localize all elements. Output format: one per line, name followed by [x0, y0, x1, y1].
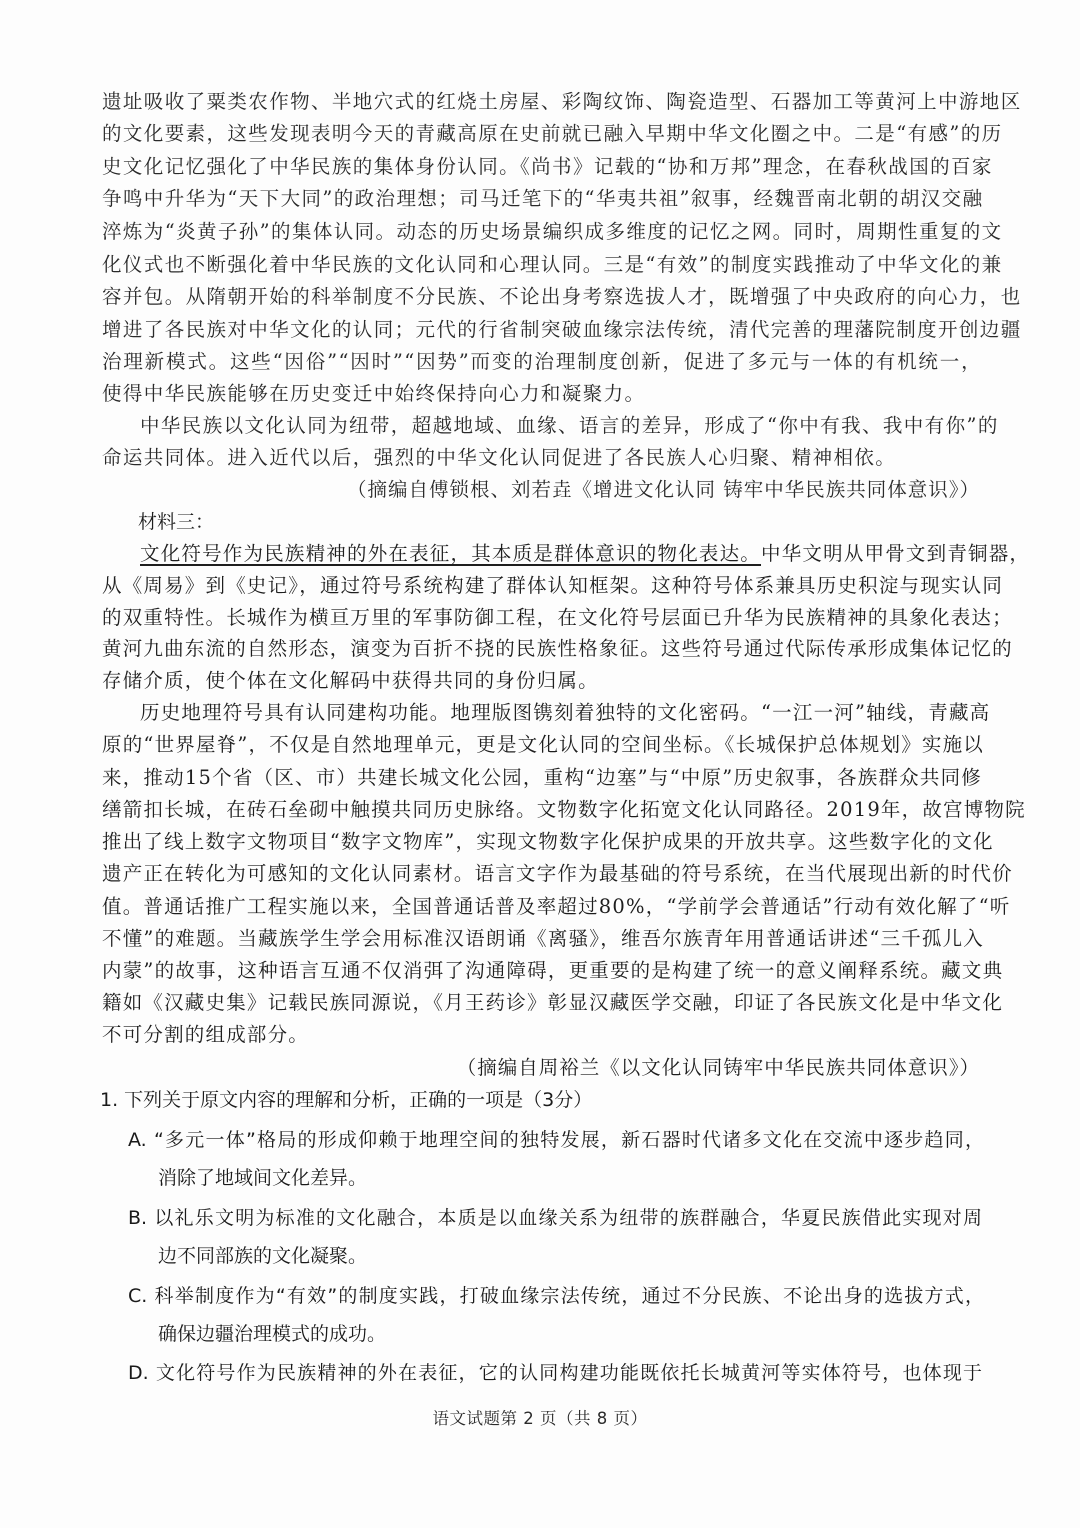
- text-span: 中华文明从甲骨文到青铜器，: [761, 542, 1030, 565]
- question-stem: 1. 下列关于原文内容的理解和分析，正确的一项是（3分）: [100, 1087, 592, 1113]
- text-line: 黄河九曲东流的自然形态，演变为百折不挠的民族性格象征。这些符号通过代际传承形成集…: [102, 636, 982, 662]
- text-line: 遗址吸收了粟类农作物、半地穴式的红烧土房屋、彩陶纹饰、陶瓷造型、石器加工等黄河上…: [102, 89, 982, 115]
- option-text: 边不同部族的文化凝聚。: [158, 1243, 367, 1269]
- text-line: 历史地理符号具有认同建构功能。地理版图镌刻着独特的文化密码。“一江一河”轴线，青…: [140, 700, 982, 726]
- text-line: 淬炼为“炎黄子孙”的集体认同。动态的历史场景编织成多维度的记忆之网。同时，周期性…: [102, 219, 982, 245]
- text-line: 原的“世界屋脊”，不仅是自然地理单元，更是文化认同的空间坐标。《长城保护总体规划…: [102, 732, 982, 758]
- text-line: 文化符号作为民族精神的外在表征，其本质是群体意识的物化表达。中华文明从甲骨文到青…: [140, 541, 982, 567]
- material3-heading: 材料三：: [138, 509, 214, 535]
- text-line: 籍如《汉藏史集》记载民族同源说，《月王药诊》彰显汉藏医学交融，印证了各民族文化是…: [102, 990, 982, 1016]
- text-line: 不可分割的组成部分。: [102, 1022, 982, 1048]
- option-text: D. 文化符号作为民族精神的外在表征，它的认同构建功能既依托长城黄河等实体符号，…: [128, 1360, 982, 1386]
- material2-citation: （摘编自傅锁根、刘若垚《增进文化认同 铸牢中华民族共同体意识》）: [347, 477, 980, 503]
- text-line: 缮箭扣长城，在砖石垒砌中触摸共同历史脉络。文物数字化拓宽文化认同路径。2019年…: [102, 797, 982, 823]
- text-line: 从《周易》到《史记》，通过符号系统构建了群体认知框架。这种符号体系兼具历史积淀与…: [102, 573, 982, 599]
- text-line: 来，推动15个省（区、市）共建长城文化公园，重构“边塞”与“中原”历史叙事，各族…: [102, 765, 982, 791]
- text-line: 使得中华民族能够在历史变迁中始终保持向心力和凝聚力。: [102, 381, 982, 407]
- option-text: B. 以礼乐文明为标准的文化融合，本质是以血缘关系为纽带的族群融合，华夏民族借此…: [128, 1205, 982, 1231]
- text-line: 史文化记忆强化了中华民族的集体身份认同。《尚书》记载的“协和万邦”理念，在春秋战…: [102, 154, 982, 180]
- text-line: 争鸣中升华为“天下大同”的政治理想；司马迁笔下的“华夷共祖”叙事，经魏晋南北朝的…: [102, 186, 982, 212]
- material3-citation: （摘编自周裕兰《以文化认同铸牢中华民族共同体意识》）: [457, 1055, 980, 1081]
- text-line: 的文化要素，这些发现表明今天的青藏高原在史前就已融入早期中华文化圈之中。二是“有…: [102, 121, 982, 147]
- text-line: 中华民族以文化认同为纽带，超越地域、血缘、语言的差异，形成了“你中有我、我中有你…: [140, 413, 982, 439]
- text-line: 值。普通话推广工程实施以来，全国普通话普及率超过80%，“学前学会普通话”行动有…: [102, 894, 982, 920]
- text-line: 命运共同体。进入近代以后，强烈的中华文化认同促进了各民族人心归聚、精神相依。: [102, 445, 982, 471]
- text-line: 的双重特性。长城作为横亘万里的军事防御工程，在文化符号层面已升华为民族精神的具象…: [102, 605, 982, 631]
- text-line: 治理新模式。这些“因俗”“因时”“因势”而变的治理制度创新，促进了多元与一体的有…: [102, 349, 982, 375]
- underlined-sentence: 文化符号作为民族精神的外在表征，其本质是群体意识的物化表达。: [140, 542, 761, 565]
- option-text: 消除了地域间文化差异。: [158, 1165, 367, 1191]
- text-line: 遗产正在转化为可感知的文化认同素材。语言文字作为最基础的符号系统，在当代展现出新…: [102, 861, 982, 887]
- text-line: 存储介质，使个体在文化解码中获得共同的身份归属。: [102, 668, 982, 694]
- text-line: 内蒙”的故事，这种语言互通不仅消弭了沟通障碍，更重要的是构建了统一的意义阐释系统…: [102, 958, 982, 984]
- text-line: 容并包。从隋朝开始的科举制度不分民族、不论出身考察选拔人才，既增强了中央政府的向…: [102, 284, 982, 310]
- text-line: 化仪式也不断强化着中华民族的文化认同和心理认同。三是“有效”的制度实践推动了中华…: [102, 252, 982, 278]
- text-line: 增进了各民族对中华文化的认同；元代的行省制突破血缘宗法传统，清代完善的理藩院制度…: [102, 317, 982, 343]
- exam-page: 遗址吸收了粟类农作物、半地穴式的红烧土房屋、彩陶纹饰、陶瓷造型、石器加工等黄河上…: [0, 0, 1080, 1528]
- option-text: 确保边疆治理模式的成功。: [158, 1321, 386, 1347]
- page-footer: 语文试题第 2 页（共 8 页）: [0, 1405, 1080, 1429]
- text-line: 推出了线上数字文物项目“数字文物库”，实现文物数字化保护成果的开放共享。这些数字…: [102, 829, 982, 855]
- option-text: A. “多元一体”格局的形成仰赖于地理空间的独特发展，新石器时代诸多文化在交流中…: [128, 1127, 984, 1153]
- text-line: 不懂”的难题。当藏族学生学会用标准汉语朗诵《离骚》，维吾尔族青年用普通话讲述“三…: [102, 926, 982, 952]
- option-text: C. 科举制度作为“有效”的制度实践，打破血缘宗法传统，通过不分民族、不论出身的…: [128, 1283, 984, 1309]
